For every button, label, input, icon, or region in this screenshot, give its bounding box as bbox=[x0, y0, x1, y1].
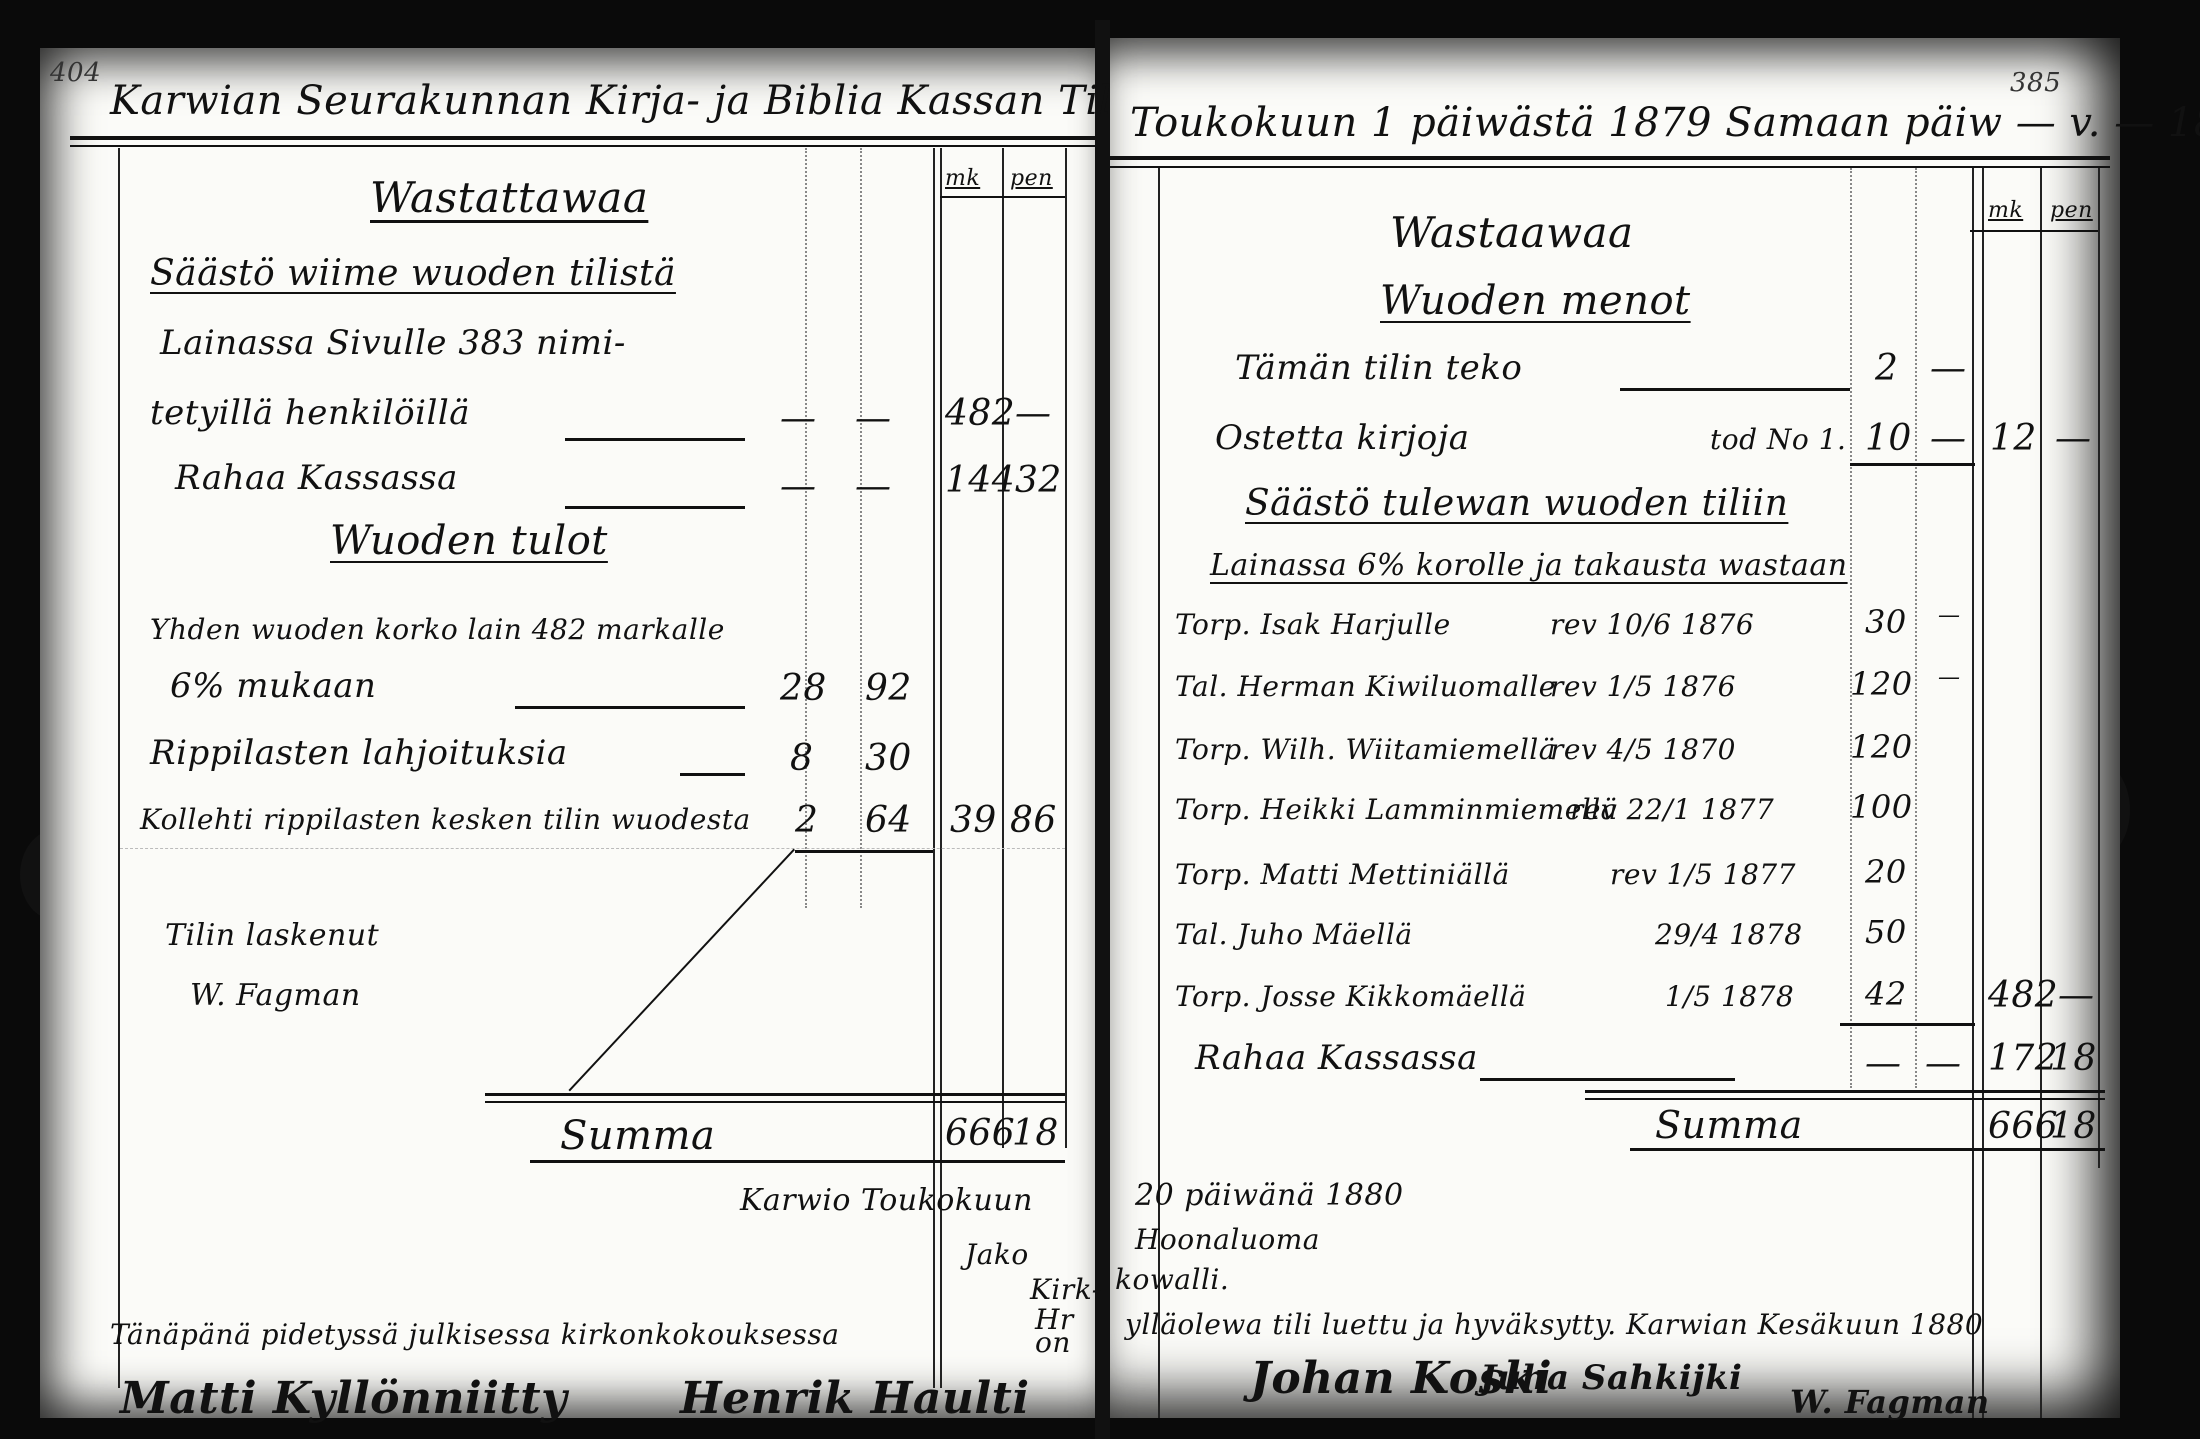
header-right: Toukokuun 1 päiwästä 1879 Samaan päiw — … bbox=[1130, 100, 2200, 146]
footer-role-right-1: Hoonaluoma bbox=[1135, 1223, 1320, 1256]
left-margin-line bbox=[118, 148, 120, 1388]
loan-0-text: Torp. Isak Harjulle bbox=[1175, 608, 1451, 641]
left-section2-title: Wuoden tulot bbox=[330, 518, 608, 564]
header-rule-right-1 bbox=[1110, 156, 2110, 160]
fill-line bbox=[565, 506, 745, 509]
col-header-rule-right bbox=[1970, 230, 2098, 232]
right-s1-row1-submk: 2 bbox=[1875, 348, 1898, 389]
right-page: 385 Toukokuun 1 päiwästä 1879 Samaan päi… bbox=[1110, 38, 2120, 1418]
left-s1-row3-subp: — bbox=[855, 466, 892, 507]
footer-place-date-left: Karwio Toukokuun bbox=[740, 1183, 1033, 1218]
right-penny-col-line bbox=[2040, 168, 2042, 1418]
loan-4-submk: 20 bbox=[1865, 853, 1907, 891]
left-s1-row2-submk: — bbox=[780, 398, 817, 439]
footer-attestation-left: Tänäpänä pidetyssä julkisessa kirkonkoko… bbox=[110, 1318, 840, 1351]
left-s2-row3-submk: 8 bbox=[790, 738, 813, 779]
right-s1-row1-subp: — bbox=[1930, 348, 1967, 389]
total-rule-1 bbox=[485, 1093, 1065, 1096]
ledger-spread: 404 Karwian Seurakunnan Kirja- ja Biblia… bbox=[0, 0, 2200, 1439]
left-total-mk: 666 bbox=[945, 1113, 1015, 1154]
fill-line bbox=[680, 773, 745, 776]
left-s1-row3-submk: — bbox=[780, 466, 817, 507]
cash-text: Rahaa Kassassa bbox=[1195, 1038, 1478, 1078]
page-number-right: 385 bbox=[2010, 68, 2061, 98]
col-header-marks: mk bbox=[945, 166, 980, 191]
left-s1-row1-text: Lainassa Sivulle 383 nimi- bbox=[160, 323, 626, 363]
left-s2-row4-mk: 39 bbox=[950, 800, 997, 841]
right-section1-title: Wuoden menot bbox=[1380, 278, 1691, 324]
loan-2-submk: 120 bbox=[1850, 728, 1913, 766]
right-s1-row2-p: — bbox=[2055, 418, 2092, 459]
left-s1-row3-mk: 144 bbox=[945, 460, 1015, 501]
loan-0-submk: 30 bbox=[1865, 603, 1907, 641]
right-edge-line-r bbox=[2098, 168, 2100, 1168]
book-gutter bbox=[1095, 20, 1110, 1439]
loan-3-date: rev 22/1 1877 bbox=[1570, 793, 1774, 826]
right-total-mk: 666 bbox=[1988, 1106, 2058, 1147]
left-s2-row1-text: Yhden wuoden korko lain 482 markalle bbox=[150, 613, 725, 646]
left-s2-row3-text: Rippilasten lahjoituksia bbox=[150, 733, 568, 773]
right-section2-subtitle: Lainassa 6% korolle ja takausta wastaan bbox=[1210, 548, 1848, 583]
cash-mk: 172 bbox=[1988, 1038, 2058, 1079]
right-heading: Wastaawaa bbox=[1390, 208, 1634, 257]
total-rule-2 bbox=[485, 1101, 1065, 1103]
left-s2-row4-subp: 64 bbox=[865, 800, 912, 841]
loan-6-date: 1/5 1878 bbox=[1665, 980, 1794, 1013]
right-s1-row2-text: Ostetta kirjoja bbox=[1215, 418, 1470, 458]
loan-2-date: rev 4/5 1870 bbox=[1550, 733, 1736, 766]
fill-line bbox=[565, 438, 745, 441]
penny-col-line bbox=[1002, 148, 1004, 1148]
page-number-left: 404 bbox=[50, 58, 101, 88]
left-s2-row4-p: 86 bbox=[1010, 800, 1057, 841]
footer-role-left-4: on bbox=[1035, 1326, 1071, 1359]
left-s1-row3-p: 32 bbox=[1015, 460, 1062, 501]
fill-line bbox=[515, 706, 745, 709]
cash-submk: — bbox=[1865, 1043, 1902, 1084]
footer-attestation-right: ylläolewa tili luettu ja hyväksytty. Kar… bbox=[1125, 1308, 1983, 1341]
loan-0-subp: — bbox=[1938, 603, 1961, 628]
left-note-line2: W. Fagman bbox=[190, 978, 361, 1013]
loan-1-submk: 120 bbox=[1850, 665, 1913, 703]
right-total-p: 18 bbox=[2050, 1106, 2097, 1147]
loan-6-mk: 482 bbox=[1988, 975, 2058, 1016]
header-rule-1 bbox=[70, 136, 1095, 140]
left-s1-row2-p: — bbox=[1015, 393, 1052, 434]
loans-subtotal-rule bbox=[1840, 1023, 1975, 1026]
loan-5-submk: 50 bbox=[1865, 913, 1907, 951]
footer-place-date-right: 20 päiwänä 1880 bbox=[1135, 1178, 1404, 1213]
left-page: 404 Karwian Seurakunnan Kirja- ja Biblia… bbox=[40, 48, 1095, 1418]
right-total-underline bbox=[1630, 1148, 2105, 1151]
left-s2-row2-text: 6% mukaan bbox=[170, 666, 376, 706]
left-s1-row3-text: Rahaa Kassassa bbox=[175, 458, 458, 498]
left-s2-row3-subp: 30 bbox=[865, 738, 912, 779]
loan-1-subp: — bbox=[1938, 665, 1961, 690]
cancel-line-top bbox=[795, 850, 933, 853]
loan-5-text: Tal. Juho Mäellä bbox=[1175, 918, 1413, 951]
right-total-label: Summa bbox=[1655, 1103, 1803, 1147]
loan-3-text: Torp. Heikki Lamminmiemellä bbox=[1175, 793, 1618, 826]
col-header-pennies: pen bbox=[1010, 166, 1053, 191]
right-total-rule-1 bbox=[1585, 1090, 2105, 1093]
total-underline bbox=[530, 1160, 1065, 1163]
header-left: Karwian Seurakunnan Kirja- ja Biblia Kas… bbox=[110, 78, 1125, 124]
left-s1-row2-subp: — bbox=[855, 398, 892, 439]
signature-5: W. Fagman bbox=[1790, 1383, 1990, 1421]
loan-0-date: rev 10/6 1876 bbox=[1550, 608, 1754, 641]
left-s1-row2-text: tetyillä henkilöillä bbox=[150, 393, 470, 433]
loan-4-text: Torp. Matti Mettiniällä bbox=[1175, 858, 1510, 891]
footer-role-left-1: Jako bbox=[965, 1238, 1029, 1271]
left-s2-row4-text: Kollehti rippilasten kesken tilin wuodes… bbox=[140, 803, 751, 836]
row-rule bbox=[120, 848, 1065, 849]
right-s1-row2-submk: 10 bbox=[1865, 418, 1912, 459]
right-section2-title: Säästö tulewan wuoden tiliin bbox=[1245, 483, 1788, 524]
footer-role-right-2: kowalli. bbox=[1115, 1263, 1229, 1296]
col-header-pennies-right: pen bbox=[2050, 198, 2093, 223]
left-total-label: Summa bbox=[560, 1113, 715, 1159]
footer-role-left-2: Kirk- bbox=[1030, 1273, 1102, 1306]
cash-subp: — bbox=[1925, 1043, 1962, 1084]
left-s2-row4-submk: 2 bbox=[795, 800, 818, 841]
sub-mark-col-line bbox=[805, 148, 807, 908]
loan-1-text: Tal. Herman Kiwiluomalle bbox=[1175, 670, 1556, 703]
loan-3-submk: 100 bbox=[1850, 788, 1913, 826]
right-s1-row1-text: Tämän tilin teko bbox=[1235, 348, 1522, 388]
loan-1-date: rev 1/5 1876 bbox=[1550, 670, 1736, 703]
loan-4-date: rev 1/5 1877 bbox=[1610, 858, 1796, 891]
left-s2-row2-submk: 28 bbox=[780, 668, 827, 709]
subtotal-rule bbox=[1850, 463, 1975, 466]
right-edge-line bbox=[1065, 148, 1067, 1148]
left-s1-row2-mk: 482 bbox=[945, 393, 1015, 434]
loan-2-text: Torp. Wilh. Wiitamiemellä bbox=[1175, 733, 1556, 766]
right-s1-row2-subp: — bbox=[1930, 418, 1967, 459]
left-s2-row2-subp: 92 bbox=[865, 668, 912, 709]
col-header-rule bbox=[940, 196, 1065, 198]
right-s1-row2-mk: 12 bbox=[1990, 418, 2037, 459]
right-mark-col-double-b bbox=[1982, 168, 1984, 1418]
cancel-line-diagonal bbox=[568, 849, 795, 1092]
loan-6-p: — bbox=[2058, 975, 2095, 1016]
loan-6-submk: 42 bbox=[1865, 975, 1907, 1013]
right-mark-col-double-a bbox=[1972, 168, 1974, 1418]
right-sub-penny-col-line bbox=[1915, 168, 1917, 1088]
signature-4: Juha Sahkijki bbox=[1480, 1358, 1742, 1398]
loan-5-date: 29/4 1878 bbox=[1655, 918, 1803, 951]
fill-line bbox=[1620, 388, 1850, 391]
cash-p: 18 bbox=[2050, 1038, 2097, 1079]
sub-penny-col-line bbox=[860, 148, 862, 908]
right-sub-mark-col-line bbox=[1850, 168, 1852, 1088]
col-header-marks-right: mk bbox=[1988, 198, 2023, 223]
left-section1-title: Säästö wiime wuoden tilistä bbox=[150, 253, 676, 294]
header-rule-right-2 bbox=[1110, 166, 2110, 168]
signature-2: Henrik Haulti bbox=[680, 1373, 1030, 1424]
left-note-line1: Tilin laskenut bbox=[165, 918, 379, 953]
left-heading: Wastattawaa bbox=[370, 173, 648, 222]
fill-line bbox=[1480, 1078, 1735, 1081]
right-s1-row2-ref: tod No 1. bbox=[1710, 423, 1846, 456]
right-total-rule-2 bbox=[1585, 1098, 2105, 1100]
header-rule-2 bbox=[70, 145, 1095, 147]
left-total-p: 18 bbox=[1012, 1113, 1059, 1154]
signature-1: Matti Kyllönniitty bbox=[120, 1373, 567, 1424]
loan-6-text: Torp. Josse Kikkomäellä bbox=[1175, 980, 1526, 1013]
